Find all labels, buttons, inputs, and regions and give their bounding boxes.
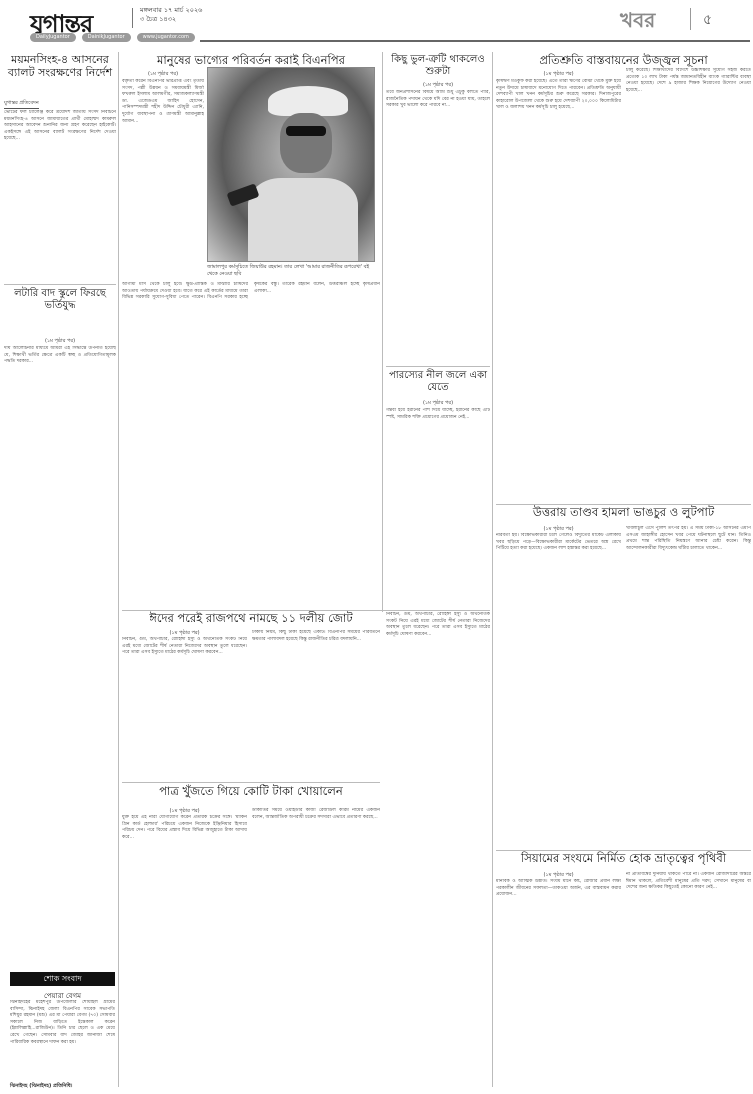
story-body-siyam: মানবিক ও আত্মিক উন্নতি। সংযম মানে কষ্ট, … — [496, 879, 621, 1087]
story-body-uttara-2: খবিলাচুল এসে পুলিশ তৎপর হয়। এ সময় ঢাকা… — [626, 526, 751, 845]
website-link[interactable]: www.jugantor.com — [137, 33, 195, 42]
story-body-mymensingh: ভোটের ফল চ্যালেঞ্জ করে ত্রয়োদশ জাতীয় স… — [4, 110, 116, 278]
headline-mymensingh[interactable]: ময়মনসিংহ-৪ আসনের ব্যালট সংরক্ষণের নির্দ… — [4, 54, 116, 79]
headline-lottery[interactable]: লটারি বাদ স্কুলে ফিরছে ভর্তিযুদ্ধ — [4, 288, 116, 311]
continued-label: (১ম পৃষ্ঠার পর) — [122, 71, 204, 79]
headline-mistakes[interactable]: কিছু ভুল-ত্রুটি থাকলেও শুরুটা — [386, 54, 490, 77]
headline-uttara[interactable]: উত্তরায় তাণ্ডব হামলা ভাঙচুর ও লুটপাট — [496, 506, 751, 519]
story-body-lottery: দীর্ঘ আলোচনার মাধ্যমে আমরা এই সিদ্ধান্তে… — [4, 346, 116, 961]
story-body-eid-2: ঢাকায় নিয়ম, কিছু ঢাকা হয়েছে একটি। বিএ… — [252, 630, 380, 777]
story-body-uttara: নীরবতা হয়। বিক্ষোভকারীরা চলে গেলেও বিদ্… — [496, 533, 621, 845]
divider — [132, 8, 133, 28]
section-title: খবর — [620, 6, 655, 39]
column-divider — [382, 52, 383, 612]
headline-bride[interactable]: পাত্র খুঁজতে গিয়ে কোটি টাকা খোয়ালেন — [122, 785, 380, 798]
obituary-signoff: ঝিনাইদহ (ঝিনাইদহ) প্রতিনিধি। — [10, 1083, 72, 1091]
continued-label: (১ম পৃষ্ঠার পর) — [386, 400, 490, 408]
continued-label: (১ম পৃষ্ঠার পর) — [4, 338, 116, 346]
story-divider — [122, 782, 380, 783]
column-divider — [492, 52, 493, 1087]
masthead: যুগান্তর মঙ্গলবার ১৭ মার্চ ২০২৬ ৩ চৈত্র … — [0, 0, 753, 44]
story-divider — [386, 366, 490, 367]
story-body-bnp-2: আগামী মাস থেকে চালু হবে। ক্ষুদ্র-প্রান্ত… — [122, 282, 380, 580]
social-links: DailyJugantor DainikJugantor www.juganto… — [30, 33, 195, 42]
story-body-siyam-2: না প্রতিবিম্বের দুনিয়ায় থাকতে পারে না।… — [626, 872, 751, 1087]
story-body-bnp: বক্তৃতা করেন বিএনপির ভারপ্রাপ্ত এবং তৃতী… — [122, 79, 204, 263]
header-rule — [200, 40, 750, 42]
story-body-promises: কৃষিঋণ মওকুফ করা হয়েছে। এতে তারা ঋণের ব… — [496, 79, 621, 499]
headline-bnp[interactable]: মানুষের ভাগ্যের পরিবর্তন করাই বিএনপির — [122, 54, 380, 67]
headline-eid[interactable]: ঈদের পরেই রাজপথে নামছে ১১ দলীয় জোট — [122, 612, 380, 625]
story-body-bride: যুক্ত হয়ে এই নারী যোগাযোগ করেন প্রতারক … — [122, 815, 247, 1087]
bengali-date: ৩ চৈত্র ১৪৩২ — [140, 15, 202, 24]
headline-persian[interactable]: পারস্যের নীল জলে একা যেতে — [386, 370, 490, 393]
byline: যুগান্তর প্রতিবেদন — [4, 100, 39, 109]
headline-promises[interactable]: প্রতিশ্রুতি বাস্তবায়নের উজ্জ্বল সূচনা — [496, 54, 751, 67]
continued-label: (১ম পৃষ্ঠার পর) — [386, 82, 490, 90]
twitter-handle[interactable]: DailyJugantor — [30, 33, 76, 42]
obituary-section-label: শোক সংবাদ — [10, 972, 115, 986]
page-number: ৫ — [703, 8, 712, 32]
story-body-promises-2: চালু করেছে। শিক্ষার্থীদের বিদেশে উচ্চশিক… — [626, 68, 751, 499]
facebook-handle[interactable]: DainikJugantor — [82, 33, 131, 42]
story-divider — [4, 284, 116, 285]
gregorian-date: মঙ্গলবার ১৭ মার্চ ২০২৬ — [140, 6, 202, 15]
story-body-eid-3: নির্বাচন, গুম, অর্থপাচার, রোহিঙ্গা ইস্যু… — [386, 612, 490, 1087]
photo-caption: জামালপুর কর্মসূচিতে জিয়াউর রহমান। তার ল… — [207, 264, 375, 278]
story-body-bride-2: ডাকাতির সময়ে ওয়াইডার কাজী রেজাউল করিম … — [252, 808, 380, 1087]
news-photo — [207, 67, 375, 262]
story-body-eid: নির্বাচন, গুম, অর্থপাচার, রোহিঙ্গা ইস্যু… — [122, 637, 247, 777]
obituary-body: ঝিনাইদহের মহেশপুর উপজেলার শোয়াইল গ্রামে… — [10, 1000, 115, 1082]
issue-date: মঙ্গলবার ১৭ মার্চ ২০২৬ ৩ চৈত্র ১৪৩২ — [140, 6, 202, 24]
story-body-mistakes: তবে জনপ্রশাসনের বিষয়ে আমি শুধু এটুকু বল… — [386, 90, 490, 360]
column-divider — [118, 52, 119, 1087]
continued-label: (১ম পৃষ্ঠার পর) — [496, 71, 621, 79]
headline-siyam[interactable]: সিয়ামের সংযমে নির্মিত হোক ভ্রাতৃত্বের প… — [496, 852, 751, 865]
story-body-persian: গন্তব্য হয়ে ইরানের পাশ দিয়ে যাচ্ছে, ইর… — [386, 408, 490, 608]
divider — [690, 8, 691, 30]
